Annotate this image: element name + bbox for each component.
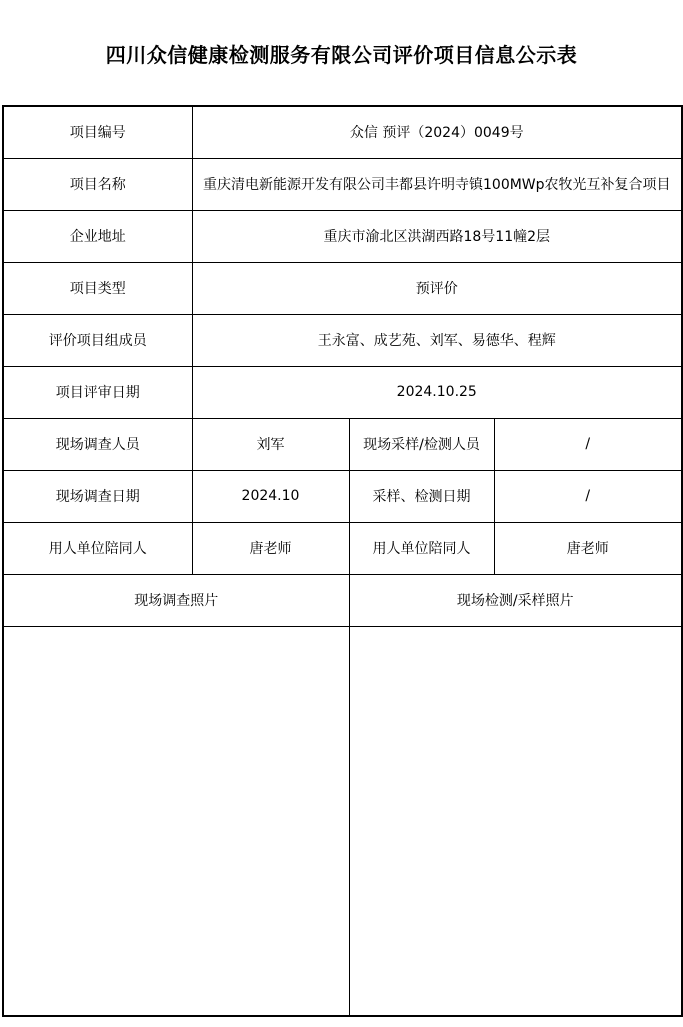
label-testing-photos: 现场检测/采样照片 — [349, 574, 682, 626]
label-project-type: 项目类型 — [3, 262, 192, 314]
table-row-survey-personnel: 现场调查人员 刘军 现场采样/检测人员 / — [3, 418, 682, 470]
value-project-name: 重庆清电新能源开发有限公司丰都县许明寺镇100MWp农牧光互补复合项目 — [192, 158, 682, 210]
table-row-employer-escort: 用人单位陪同人 唐老师 用人单位陪同人 唐老师 — [3, 522, 682, 574]
table-row-survey-date: 现场调查日期 2024.10 采样、检测日期 / — [3, 470, 682, 522]
value-team-members: 王永富、成艺苑、刘军、易德华、程辉 — [192, 314, 682, 366]
value-employer-escort-left: 唐老师 — [192, 522, 349, 574]
survey-photo-cell — [3, 626, 349, 1016]
table-row-photo-area — [3, 626, 682, 1016]
table-row-company-address: 企业地址 重庆市渝北区洪湖西路18号11幢2层 — [3, 210, 682, 262]
label-survey-photos: 现场调查照片 — [3, 574, 349, 626]
label-survey-personnel: 现场调查人员 — [3, 418, 192, 470]
value-sampling-personnel: / — [494, 418, 682, 470]
table-row-photo-headers: 现场调查照片 现场检测/采样照片 — [3, 574, 682, 626]
page-title: 四川众信健康检测服务有限公司评价项目信息公示表 — [0, 0, 683, 68]
label-employer-escort-right: 用人单位陪同人 — [349, 522, 494, 574]
table-row-project-type: 项目类型 预评价 — [3, 262, 682, 314]
value-project-type: 预评价 — [192, 262, 682, 314]
value-employer-escort-right: 唐老师 — [494, 522, 682, 574]
value-project-number: 众信 预评（2024）0049号 — [192, 106, 682, 158]
label-team-members: 评价项目组成员 — [3, 314, 192, 366]
label-company-address: 企业地址 — [3, 210, 192, 262]
value-survey-personnel: 刘军 — [192, 418, 349, 470]
testing-photo-cell — [349, 626, 682, 1016]
label-project-number: 项目编号 — [3, 106, 192, 158]
label-sampling-personnel: 现场采样/检测人员 — [349, 418, 494, 470]
label-project-name: 项目名称 — [3, 158, 192, 210]
label-employer-escort-left: 用人单位陪同人 — [3, 522, 192, 574]
label-survey-date: 现场调查日期 — [3, 470, 192, 522]
table-row-project-name: 项目名称 重庆清电新能源开发有限公司丰都县许明寺镇100MWp农牧光互补复合项目 — [3, 158, 682, 210]
project-info-table: 项目编号 众信 预评（2024）0049号 项目名称 重庆清电新能源开发有限公司… — [2, 105, 683, 1017]
value-review-date: 2024.10.25 — [192, 366, 682, 418]
value-survey-date: 2024.10 — [192, 470, 349, 522]
label-sampling-date: 采样、检测日期 — [349, 470, 494, 522]
value-company-address: 重庆市渝北区洪湖西路18号11幢2层 — [192, 210, 682, 262]
table-row-review-date: 项目评审日期 2024.10.25 — [3, 366, 682, 418]
label-review-date: 项目评审日期 — [3, 366, 192, 418]
table-row-team-members: 评价项目组成员 王永富、成艺苑、刘军、易德华、程辉 — [3, 314, 682, 366]
value-sampling-date: / — [494, 470, 682, 522]
table-row-project-number: 项目编号 众信 预评（2024）0049号 — [3, 106, 682, 158]
